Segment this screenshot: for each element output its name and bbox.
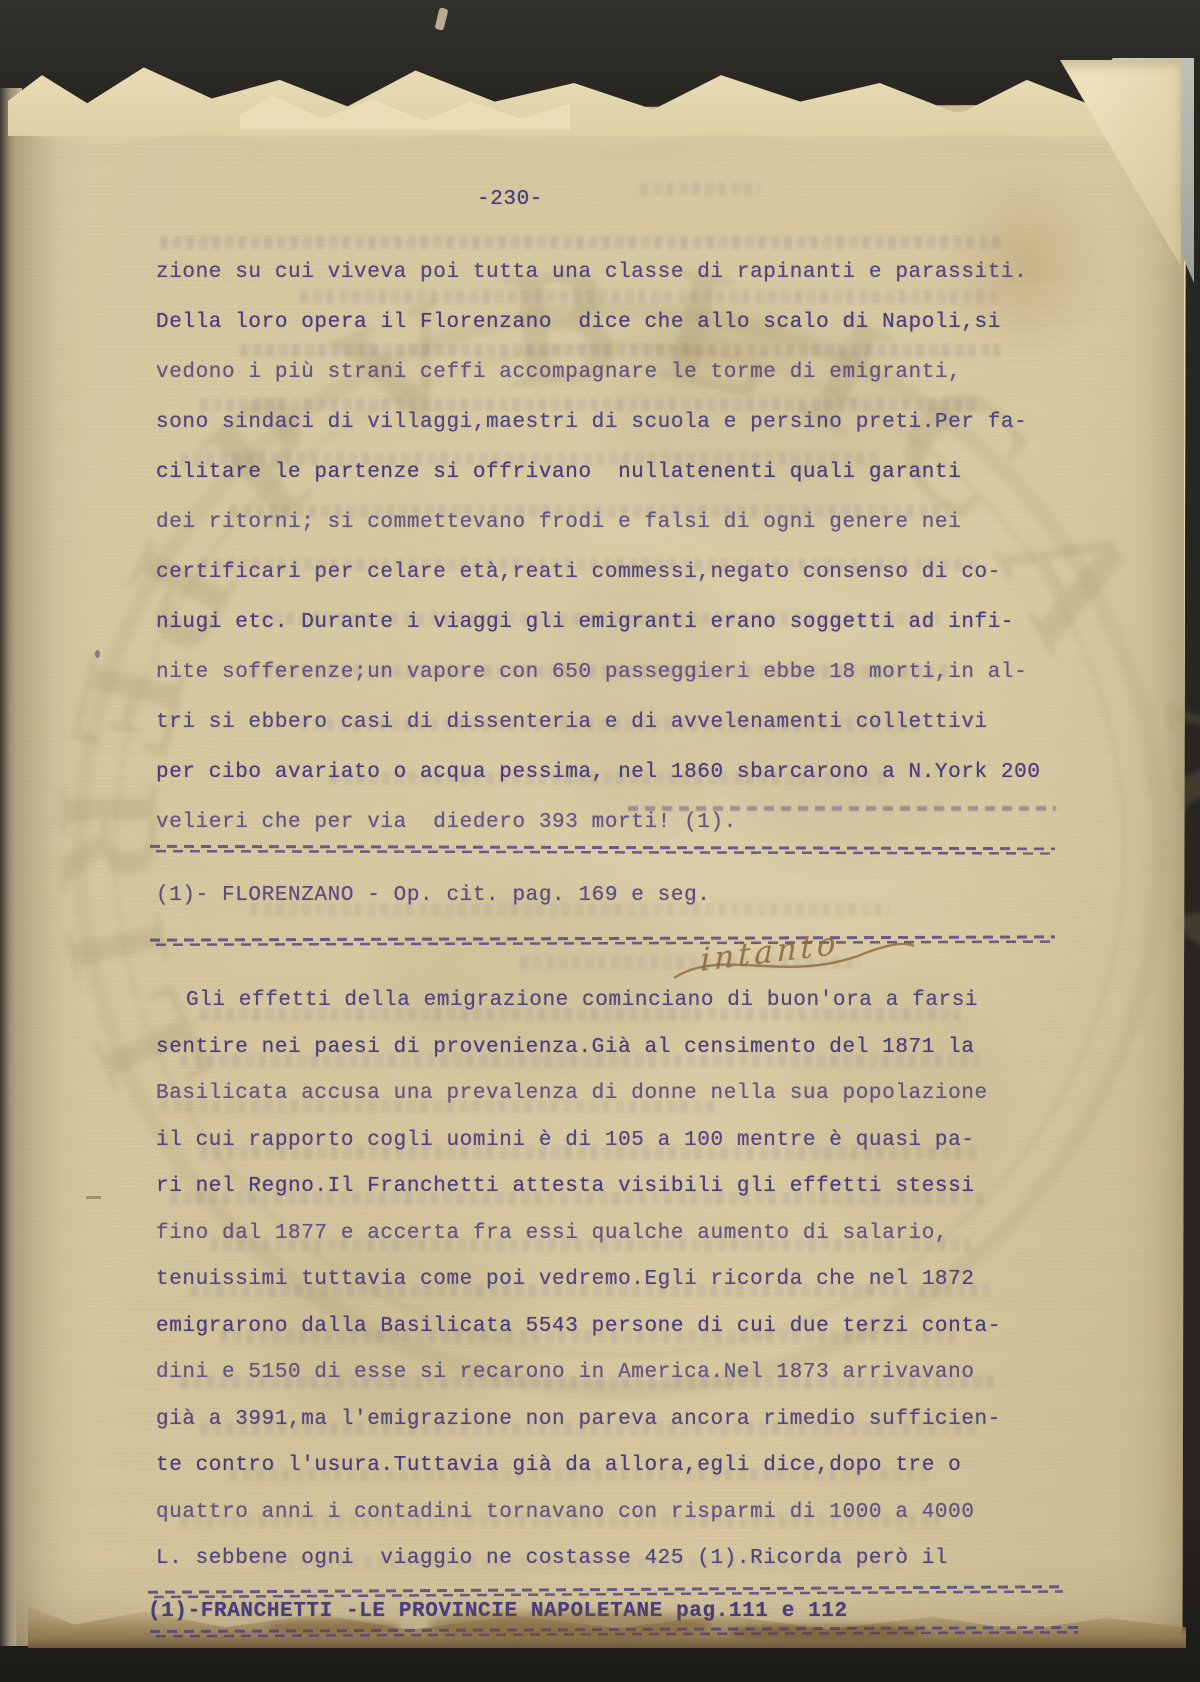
- text-line: vedono i più strani ceffi accompagnare l…: [156, 348, 1041, 398]
- paragraph-1: zione su cui viveva poi tutta una classe…: [156, 248, 1041, 848]
- page-number: -230-: [477, 188, 543, 211]
- text-line: per cibo avariato o acqua pessima, nel 1…: [156, 748, 1041, 798]
- paper-stain: [270, 1620, 400, 1634]
- text-line: dei ritorni; si commettevano frodi e fal…: [156, 498, 1041, 548]
- text-line: fino dal 1877 e accerta fra essi qualche…: [156, 1211, 1001, 1258]
- text-line: L. sebbene ogni viaggio ne costasse 425 …: [156, 1536, 1001, 1583]
- ink-speck: [95, 650, 100, 658]
- paper-stain: [430, 1612, 710, 1638]
- text-line: te contro l'usura.Tuttavia già da allora…: [156, 1443, 1001, 1490]
- text-line: niugi etc. Durante i viaggi gli emigrant…: [156, 598, 1041, 648]
- bleedthrough-dashes: [628, 806, 1056, 811]
- text-line: Gli effetti della emigrazione cominciano…: [156, 978, 1001, 1025]
- paper-stain: [600, 300, 820, 390]
- paper-stain: [730, 1624, 920, 1640]
- text-line: certificari per celare età,reati commess…: [156, 548, 1041, 598]
- text-line: quattro anni i contadini tornavano con r…: [156, 1490, 1001, 1537]
- text-line: dini e 5150 di esse si recarono in Ameri…: [156, 1350, 1001, 1397]
- text-line: tri si ebbero casi di dissenteria e di a…: [156, 698, 1041, 748]
- paper-stain: [940, 170, 1110, 360]
- text-line: tenuissimi tuttavia come poi vedremo.Egl…: [156, 1257, 1001, 1304]
- text-line: cilitare le partenze si offrivano nullat…: [156, 448, 1041, 498]
- ghost-text-line: [640, 182, 760, 195]
- text-line: il cui rapporto cogli uomini è di 105 a …: [156, 1118, 1001, 1165]
- margin-mark: [86, 1196, 101, 1199]
- text-line: Della loro opera il Florenzano dice che …: [156, 298, 1041, 348]
- text-line: nite sofferenze;un vapore con 650 passeg…: [156, 648, 1041, 698]
- text-line: ri nel Regno.Il Franchetti attesta visib…: [156, 1164, 1001, 1211]
- text-line: sono sindaci di villaggi,maestri di scuo…: [156, 398, 1041, 448]
- scanned-document-page: PVBLICA PERITI AV -230- zione su cui viv…: [0, 0, 1200, 1682]
- paper-speck: [434, 7, 448, 31]
- text-line: già a 3991,ma l'emigrazione non pareva a…: [156, 1397, 1001, 1444]
- text-line: emigrarono dalla Basilicata 5543 persone…: [156, 1304, 1001, 1351]
- footnote-florenzano: (1)- FLORENZANO - Op. cit. pag. 169 e se…: [156, 884, 711, 907]
- text-line: sentire nei paesi di provenienza.Già al …: [156, 1025, 1001, 1072]
- paragraph-2: Gli effetti della emigrazione cominciano…: [156, 978, 1001, 1583]
- text-line: zione su cui viveva poi tutta una classe…: [156, 248, 1041, 298]
- text-line: Basilicata accusa una prevalenza di donn…: [156, 1071, 1001, 1118]
